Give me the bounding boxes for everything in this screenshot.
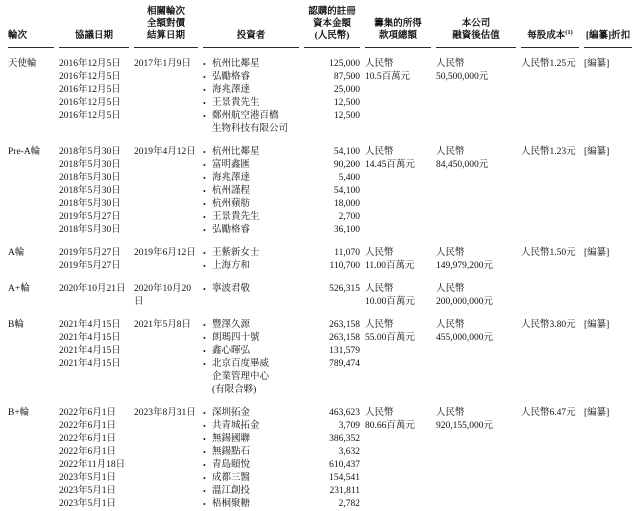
subscribed-capital-amount: 386,352 <box>304 433 360 446</box>
discount-redacted <box>584 283 632 309</box>
subscribed-capital-amount: 263,158 <box>304 319 360 332</box>
agreement-date: 2021年4月15日 <box>59 358 129 371</box>
subscribed-capital-amount: 463,623 <box>304 407 360 420</box>
bullet-icon: • <box>203 97 212 110</box>
subscribed-capital-amount: 11,070 <box>304 247 360 260</box>
investor-item: •海兆澤達 <box>203 84 299 97</box>
investor-list: •王紫新女士•上海方和 <box>203 247 299 273</box>
investor-item: •北京百度畢威 企業管理中心 (有限合夥) <box>203 358 299 397</box>
round-name: A輪 <box>8 247 54 273</box>
bullet-icon: • <box>203 159 212 172</box>
agreement-date: 2019年5月27日 <box>59 260 129 273</box>
agreement-date: 2022年11月18日 <box>59 459 129 472</box>
table-row: 天使輪2016年12月5日2016年12月5日2016年12月5日2016年12… <box>8 58 632 136</box>
investor-name: 豐澤久源 <box>212 319 250 332</box>
investor-item: •溫江創投 <box>203 485 299 498</box>
agreement-date: 2016年12月5日 <box>59 97 129 110</box>
subscribed-capital-amount: 789,474 <box>304 358 360 371</box>
agreement-date: 2018年5月30日 <box>59 185 129 198</box>
footnote-marker: (1) <box>565 29 573 36</box>
bullet-icon: • <box>203 498 212 511</box>
investor-item: •朗瑪四十號 <box>203 332 299 345</box>
investor-list: •豐澤久源•朗瑪四十號•鑫心暉弘•北京百度畢威 企業管理中心 (有限合夥) <box>203 319 299 397</box>
agreement-date: 2022年6月1日 <box>59 407 129 420</box>
investor-name: 梧桐聚糖 <box>212 498 250 511</box>
bullet-icon: • <box>203 224 212 237</box>
investor-name: 成都三醫 <box>212 472 250 485</box>
bullet-icon: • <box>203 58 212 71</box>
table-row: Pre-A輪2018年5月30日2018年5月30日2018年5月30日2018… <box>8 146 632 237</box>
investor-name: 海兆澤達 <box>212 84 250 97</box>
subscribed-capital-amount: 125,000 <box>304 58 360 71</box>
investor-item: •深圳拓金 <box>203 407 299 420</box>
bullet-icon: • <box>203 71 212 84</box>
investor-name: 上海方和 <box>212 260 250 273</box>
investor-name: 杭州謹程 <box>212 185 250 198</box>
bullet-icon: • <box>203 84 212 97</box>
column-header-round: 輪次 <box>8 30 54 48</box>
investor-name: 溫江創投 <box>212 485 250 498</box>
discount-redacted: [編纂] <box>584 319 632 397</box>
subscribed-capital: 463,6233,709386,3523,632610,437154,54123… <box>304 407 360 511</box>
cost-per-share: 人民幣1.50元 <box>521 247 579 273</box>
bullet-icon: • <box>203 358 212 397</box>
subscribed-capital-amount: 5,400 <box>304 172 360 185</box>
column-header-valuation: 本公司 融資後估值 <box>436 18 516 48</box>
agreement-date: 2021年4月15日 <box>59 345 129 358</box>
investor-name: 杭州比鄰星 <box>212 146 260 159</box>
agreement-date: 2016年12月5日 <box>59 71 129 84</box>
proceeds-raised: 人民幣 10.5百萬元 <box>365 58 431 136</box>
subscribed-capital-amount: 154,541 <box>304 472 360 485</box>
investor-item: •富明鑫匯 <box>203 159 299 172</box>
subscribed-capital-amount: 231,811 <box>304 485 360 498</box>
settlement-date: 2023年8月31日 <box>134 407 198 511</box>
subscribed-capital-amount: 87,500 <box>304 71 360 84</box>
column-header-investors: 投資者 <box>203 30 299 48</box>
table-row: B+輪2022年6月1日2022年6月1日2022年6月1日2022年6月1日2… <box>8 407 632 511</box>
investor-item: •海兆澤達 <box>203 172 299 185</box>
bullet-icon: • <box>203 283 212 296</box>
discount-redacted: [編纂] <box>584 407 632 511</box>
subscribed-capital: 263,158263,158131,579789,474 <box>304 319 360 397</box>
investor-list: •杭州比鄰星•弘勵格睿•海兆澤達•王景貴先生•鄭州航空港百橋 生物科技有限公司 <box>203 58 299 136</box>
investor-item: •鑫心暉弘 <box>203 345 299 358</box>
proceeds-raised: 人民幣 14.45百萬元 <box>365 146 431 237</box>
column-header-agreement-date: 協議日期 <box>59 30 129 48</box>
investor-name: 王紫新女士 <box>212 247 260 260</box>
round-name: A+輪 <box>8 283 54 309</box>
subscribed-capital-amount: 3,632 <box>304 446 360 459</box>
column-header-discount: [編纂]折扣 <box>584 30 632 48</box>
subscribed-capital: 526,315 <box>304 283 360 309</box>
post-money-valuation: 人民幣 50,500,000元 <box>436 58 516 136</box>
agreement-date: 2021年4月15日 <box>59 319 129 332</box>
column-header-cost-per-share: 每股成本(1) <box>521 27 579 48</box>
investor-name: 杭州蘋舫 <box>212 198 250 211</box>
investor-name: 鄭州航空港百橋 生物科技有限公司 <box>212 110 288 136</box>
agreement-dates: 2021年4月15日2021年4月15日2021年4月15日2021年4月15日 <box>59 319 129 397</box>
bullet-icon: • <box>203 407 212 420</box>
table-body: 天使輪2016年12月5日2016年12月5日2016年12月5日2016年12… <box>8 58 632 511</box>
agreement-dates: 2016年12月5日2016年12月5日2016年12月5日2016年12月5日… <box>59 58 129 136</box>
investor-name: 青島頤悅 <box>212 459 250 472</box>
cost-per-share: 人民幣1.25元 <box>521 58 579 136</box>
bullet-icon: • <box>203 459 212 472</box>
agreement-dates: 2020年10月21日 <box>59 283 129 309</box>
bullet-icon: • <box>203 420 212 433</box>
investor-name: 寧波君敬 <box>212 283 250 296</box>
investor-item: •梧桐聚糖 <box>203 498 299 511</box>
agreement-date: 2021年4月15日 <box>59 332 129 345</box>
post-money-valuation: 人民幣 455,000,000元 <box>436 319 516 397</box>
investor-name: 弘勵格睿 <box>212 224 250 237</box>
proceeds-raised: 人民幣 10.00百萬元 <box>365 283 431 309</box>
investor-list: •深圳拓金•共青城拓金•無錫國聯•無錫點石•青島頤悅•成都三醫•溫江創投•梧桐聚… <box>203 407 299 511</box>
table-header: 輪次 協議日期 相關輪次 全額對價 結算日期 投資者 認購的註冊 資本金額 (人… <box>8 6 632 48</box>
agreement-date: 2016年12月5日 <box>59 84 129 97</box>
investor-item: •王景貴先生 <box>203 211 299 224</box>
post-money-valuation: 人民幣 920,155,000元 <box>436 407 516 511</box>
table-row: A輪2019年5月27日2019年5月27日2019年6月12日•王紫新女士•上… <box>8 247 632 273</box>
investor-item: •弘勵格睿 <box>203 224 299 237</box>
agreement-dates: 2019年5月27日2019年5月27日 <box>59 247 129 273</box>
subscribed-capital-amount: 25,000 <box>304 84 360 97</box>
bullet-icon: • <box>203 185 212 198</box>
agreement-date: 2022年6月1日 <box>59 446 129 459</box>
settlement-date: 2020年10月20日 <box>134 283 198 309</box>
investor-item: •共青城拓金 <box>203 420 299 433</box>
subscribed-capital-amount: 90,200 <box>304 159 360 172</box>
post-money-valuation: 人民幣 200,000,000元 <box>436 283 516 309</box>
investor-name: 朗瑪四十號 <box>212 332 260 345</box>
subscribed-capital: 125,00087,50025,00012,50012,500 <box>304 58 360 136</box>
agreement-date: 2016年12月5日 <box>59 58 129 71</box>
bullet-icon: • <box>203 247 212 260</box>
bullet-icon: • <box>203 172 212 185</box>
investor-name: 杭州比鄰星 <box>212 58 260 71</box>
discount-redacted: [編纂] <box>584 247 632 273</box>
agreement-date: 2022年6月1日 <box>59 433 129 446</box>
investor-item: •杭州比鄰星 <box>203 58 299 71</box>
agreement-date: 2018年5月30日 <box>59 224 129 237</box>
investor-item: •杭州比鄰星 <box>203 146 299 159</box>
agreement-date: 2023年5月1日 <box>59 485 129 498</box>
subscribed-capital-amount: 12,500 <box>304 110 360 123</box>
round-name: B+輪 <box>8 407 54 511</box>
investor-item: •王紫新女士 <box>203 247 299 260</box>
investor-item: •王景貴先生 <box>203 97 299 110</box>
column-header-proceeds: 籌集的所得 款項總額 <box>365 18 431 48</box>
subscribed-capital: 54,10090,2005,40054,10018,0002,70036,100 <box>304 146 360 237</box>
cost-per-share: 人民幣6.47元 <box>521 407 579 511</box>
discount-redacted: [編纂] <box>584 146 632 237</box>
investor-item: •上海方和 <box>203 260 299 273</box>
bullet-icon: • <box>203 345 212 358</box>
settlement-date: 2021年5月8日 <box>134 319 198 397</box>
bullet-icon: • <box>203 433 212 446</box>
agreement-date: 2018年5月30日 <box>59 159 129 172</box>
settlement-date: 2017年1月9日 <box>134 58 198 136</box>
investor-item: •無錫國聯 <box>203 433 299 446</box>
subscribed-capital-amount: 54,100 <box>304 146 360 159</box>
investor-name: 海兆澤達 <box>212 172 250 185</box>
investor-name: 無錫點石 <box>212 446 250 459</box>
bullet-icon: • <box>203 211 212 224</box>
agreement-date: 2018年5月30日 <box>59 198 129 211</box>
subscribed-capital-amount: 3,709 <box>304 420 360 433</box>
cost-per-share: 人民幣1.23元 <box>521 146 579 237</box>
investor-name: 共青城拓金 <box>212 420 260 433</box>
bullet-icon: • <box>203 319 212 332</box>
table-row: B輪2021年4月15日2021年4月15日2021年4月15日2021年4月1… <box>8 319 632 397</box>
subscribed-capital-amount: 131,579 <box>304 345 360 358</box>
subscribed-capital-amount: 36,100 <box>304 224 360 237</box>
investor-name: 鑫心暉弘 <box>212 345 250 358</box>
investor-list: •杭州比鄰星•富明鑫匯•海兆澤達•杭州謹程•杭州蘋舫•王景貴先生•弘勵格睿 <box>203 146 299 237</box>
investor-item: •成都三醫 <box>203 472 299 485</box>
cost-per-share <box>521 283 579 309</box>
bullet-icon: • <box>203 260 212 273</box>
investor-item: •寧波君敬 <box>203 283 299 296</box>
discount-redacted: [編纂] <box>584 58 632 136</box>
investor-name: 富明鑫匯 <box>212 159 250 172</box>
column-header-subscribed-capital: 認購的註冊 資本金額 (人民幣) <box>304 6 360 48</box>
subscribed-capital-amount: 54,100 <box>304 185 360 198</box>
agreement-dates: 2018年5月30日2018年5月30日2018年5月30日2018年5月30日… <box>59 146 129 237</box>
investor-item: •杭州謹程 <box>203 185 299 198</box>
agreement-date: 2023年5月1日 <box>59 498 129 511</box>
settlement-date: 2019年4月12日 <box>134 146 198 237</box>
round-name: B輪 <box>8 319 54 397</box>
investor-name: 弘勵格睿 <box>212 71 250 84</box>
bullet-icon: • <box>203 446 212 459</box>
subscribed-capital-amount: 12,500 <box>304 97 360 110</box>
investor-name: 北京百度畢威 企業管理中心 (有限合夥) <box>212 358 269 397</box>
agreement-date: 2018年5月30日 <box>59 172 129 185</box>
column-header-settlement-date: 相關輪次 全額對價 結算日期 <box>134 6 198 48</box>
agreement-date: 2020年10月21日 <box>59 283 129 296</box>
bullet-icon: • <box>203 332 212 345</box>
bullet-icon: • <box>203 485 212 498</box>
bullet-icon: • <box>203 110 212 136</box>
post-money-valuation: 人民幣 149,979,200元 <box>436 247 516 273</box>
bullet-icon: • <box>203 198 212 211</box>
proceeds-raised: 人民幣 55.00百萬元 <box>365 319 431 397</box>
round-name: 天使輪 <box>8 58 54 136</box>
financing-rounds-table: 輪次 協議日期 相關輪次 全額對價 結算日期 投資者 認購的註冊 資本金額 (人… <box>0 0 640 511</box>
proceeds-raised: 人民幣 80.66百萬元 <box>365 407 431 511</box>
table-row: A+輪2020年10月21日2020年10月20日•寧波君敬526,315人民幣… <box>8 283 632 309</box>
investor-item: •青島頤悅 <box>203 459 299 472</box>
subscribed-capital-amount: 110,700 <box>304 260 360 273</box>
agreement-date: 2022年6月1日 <box>59 420 129 433</box>
investor-item: •杭州蘋舫 <box>203 198 299 211</box>
settlement-date: 2019年6月12日 <box>134 247 198 273</box>
agreement-date: 2018年5月30日 <box>59 146 129 159</box>
investor-item: •無錫點石 <box>203 446 299 459</box>
subscribed-capital-amount: 610,437 <box>304 459 360 472</box>
round-name: Pre-A輪 <box>8 146 54 237</box>
investor-name: 王景貴先生 <box>212 211 260 224</box>
investor-list: •寧波君敬 <box>203 283 299 309</box>
subscribed-capital-amount: 263,158 <box>304 332 360 345</box>
cost-per-share: 人民幣3.80元 <box>521 319 579 397</box>
subscribed-capital: 11,070110,700 <box>304 247 360 273</box>
post-money-valuation: 人民幣 84,450,000元 <box>436 146 516 237</box>
subscribed-capital-amount: 2,782 <box>304 498 360 511</box>
subscribed-capital-amount: 526,315 <box>304 283 360 296</box>
agreement-dates: 2022年6月1日2022年6月1日2022年6月1日2022年6月1日2022… <box>59 407 129 511</box>
cost-per-share-label: 每股成本 <box>527 31 565 41</box>
investor-name: 無錫國聯 <box>212 433 250 446</box>
bullet-icon: • <box>203 472 212 485</box>
investor-item: •豐澤久源 <box>203 319 299 332</box>
investor-name: 深圳拓金 <box>212 407 250 420</box>
agreement-date: 2016年12月5日 <box>59 110 129 123</box>
agreement-date: 2023年5月1日 <box>59 472 129 485</box>
subscribed-capital-amount: 18,000 <box>304 198 360 211</box>
investor-item: •弘勵格睿 <box>203 71 299 84</box>
investor-name: 王景貴先生 <box>212 97 260 110</box>
proceeds-raised: 人民幣 11.00百萬元 <box>365 247 431 273</box>
bullet-icon: • <box>203 146 212 159</box>
subscribed-capital-amount: 2,700 <box>304 211 360 224</box>
agreement-date: 2019年5月27日 <box>59 247 129 260</box>
agreement-date: 2019年5月27日 <box>59 211 129 224</box>
investor-item: •鄭州航空港百橋 生物科技有限公司 <box>203 110 299 136</box>
